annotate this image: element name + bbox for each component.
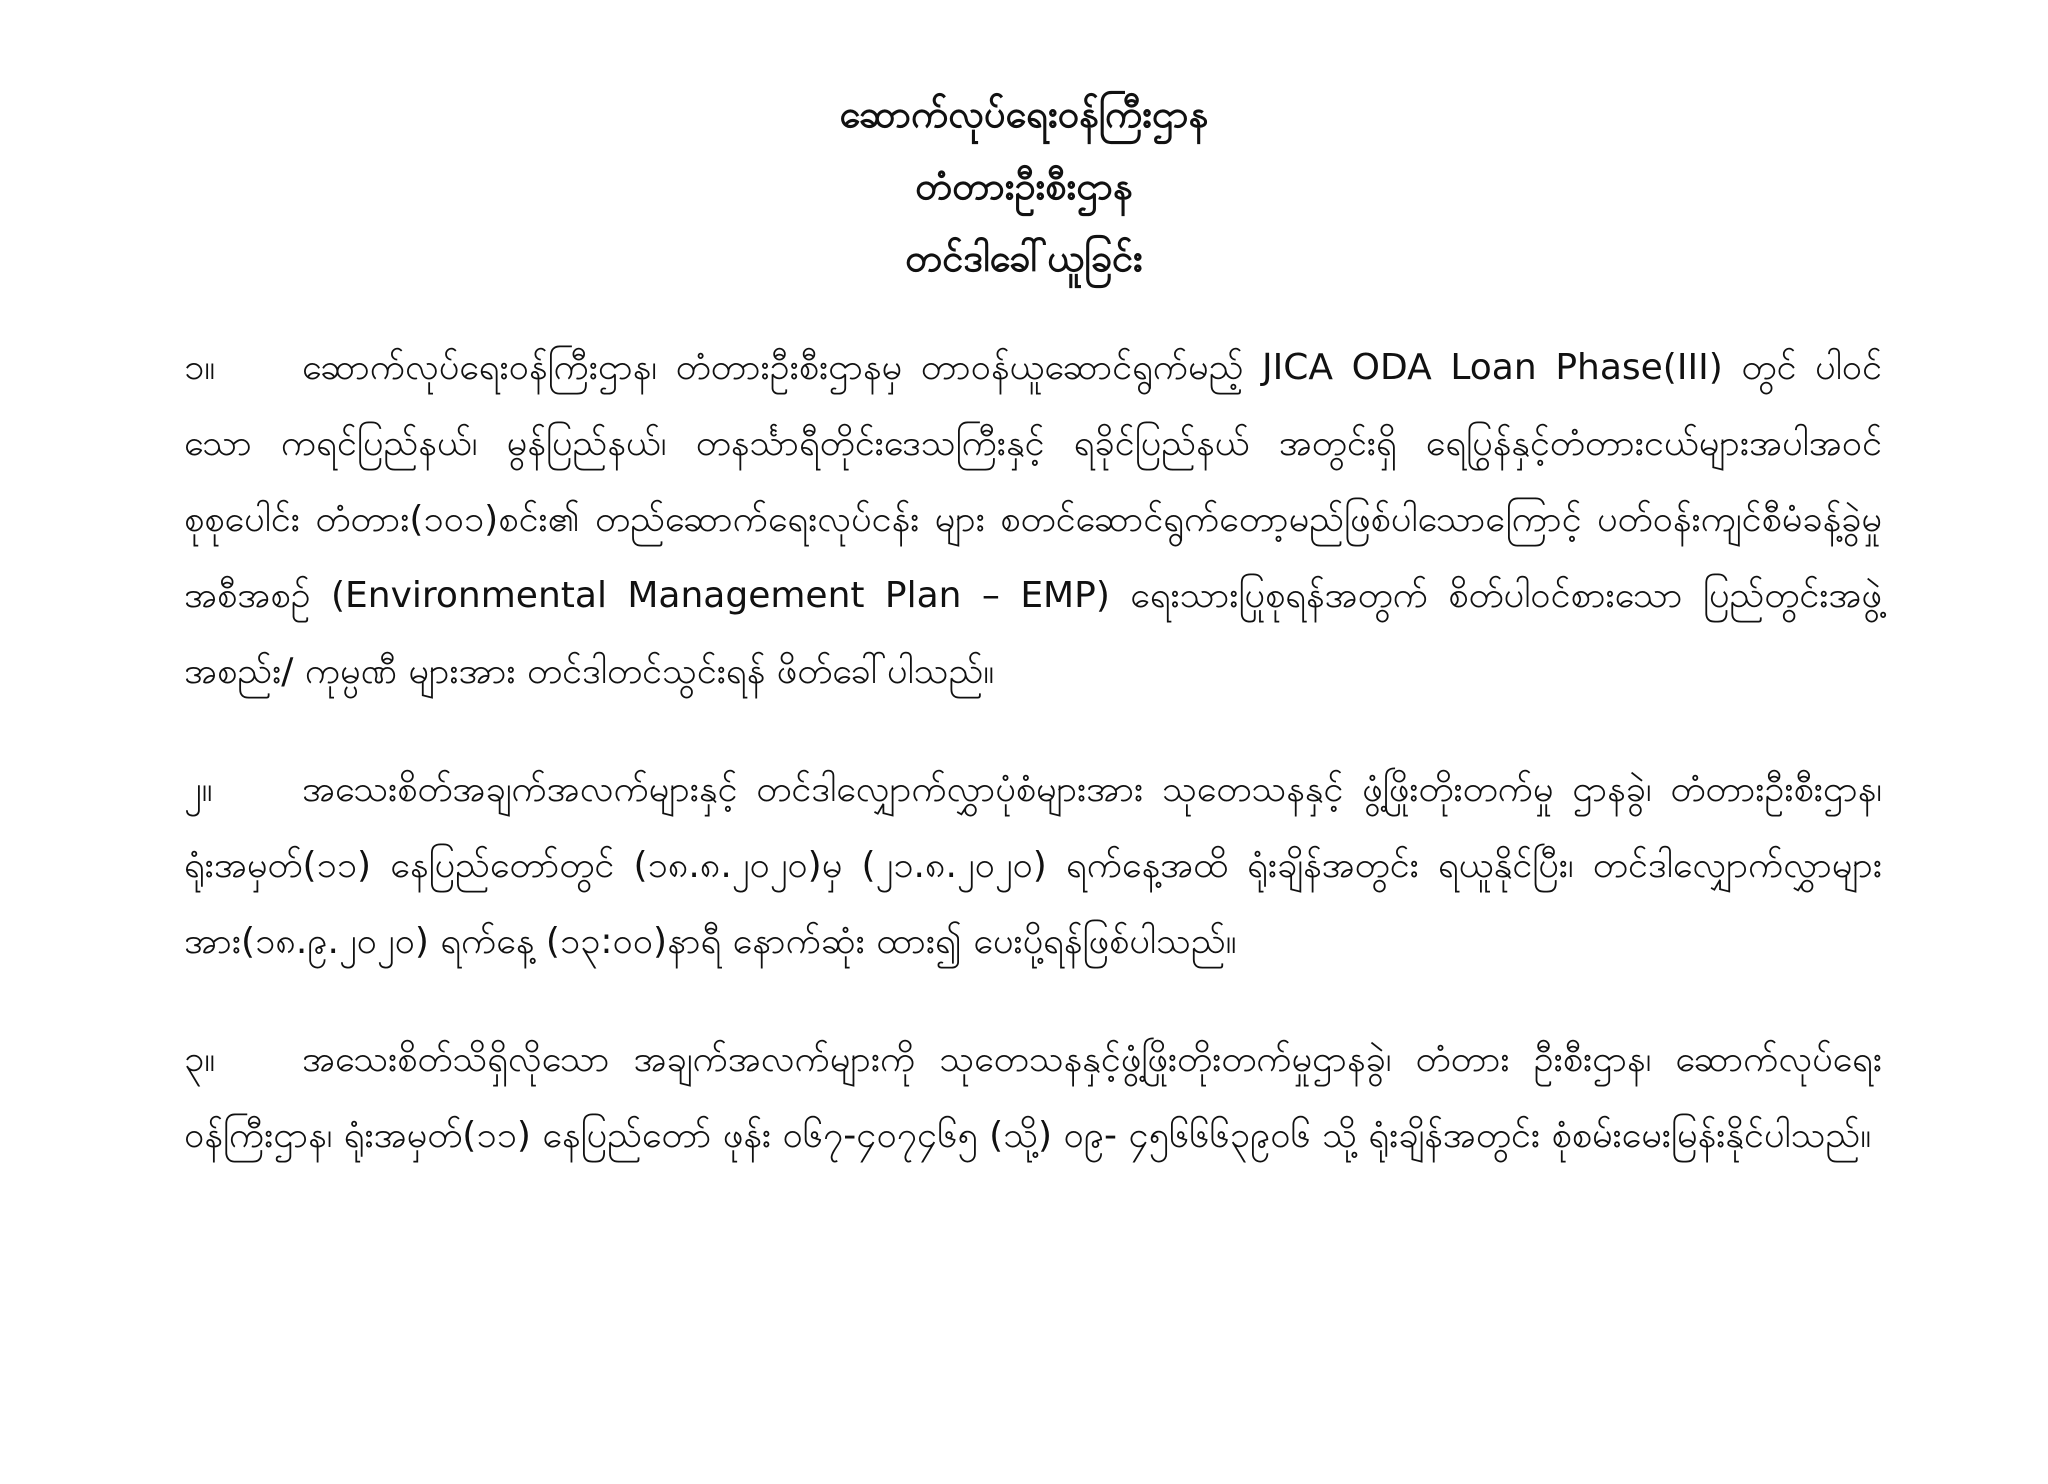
paragraph-text: အသေးစိတ်သိရှိလိုသော အချက်အလက်များကို သုတ… bbox=[184, 1039, 1882, 1156]
paragraph-3: ၃။အသေးစိတ်သိရှိလိုသော အချက်အလက်များကို သ… bbox=[184, 1022, 1882, 1174]
paragraph-number: ၁။ bbox=[184, 330, 302, 406]
document-body: ၁။ဆောက်လုပ်ရေးဝန်ကြီးဌာန၊ တံတားဦးစီးဌာနမ… bbox=[184, 330, 1882, 1216]
department-title: တံတားဦးစီးဌာန bbox=[0, 150, 2048, 222]
document-header: ဆောက်လုပ်ရေးဝန်ကြီးဌာန တံတားဦးစီးဌာန တင်… bbox=[0, 78, 2048, 294]
ministry-title: ဆောက်လုပ်ရေးဝန်ကြီးဌာန bbox=[0, 78, 2048, 150]
announcement-title: တင်ဒါခေါ်ယူခြင်း bbox=[0, 222, 2048, 294]
document-page: ဆောက်လုပ်ရေးဝန်ကြီးဌာန တံတားဦးစီးဌာန တင်… bbox=[0, 0, 2048, 1484]
paragraph-text: အသေးစိတ်အချက်အလက်များနှင့် တင်ဒါလျှောက်လ… bbox=[184, 769, 1882, 962]
paragraph-text: ဆောက်လုပ်ရေးဝန်ကြီးဌာန၊ တံတားဦးစီးဌာနမှ … bbox=[184, 347, 1882, 692]
paragraph-1: ၁။ဆောက်လုပ်ရေးဝန်ကြီးဌာန၊ တံတားဦးစီးဌာနမ… bbox=[184, 330, 1882, 710]
paragraph-number: ၃။ bbox=[184, 1022, 302, 1098]
paragraph-number: ၂။ bbox=[184, 752, 302, 828]
paragraph-2: ၂။အသေးစိတ်အချက်အလက်များနှင့် တင်ဒါလျှောက… bbox=[184, 752, 1882, 980]
